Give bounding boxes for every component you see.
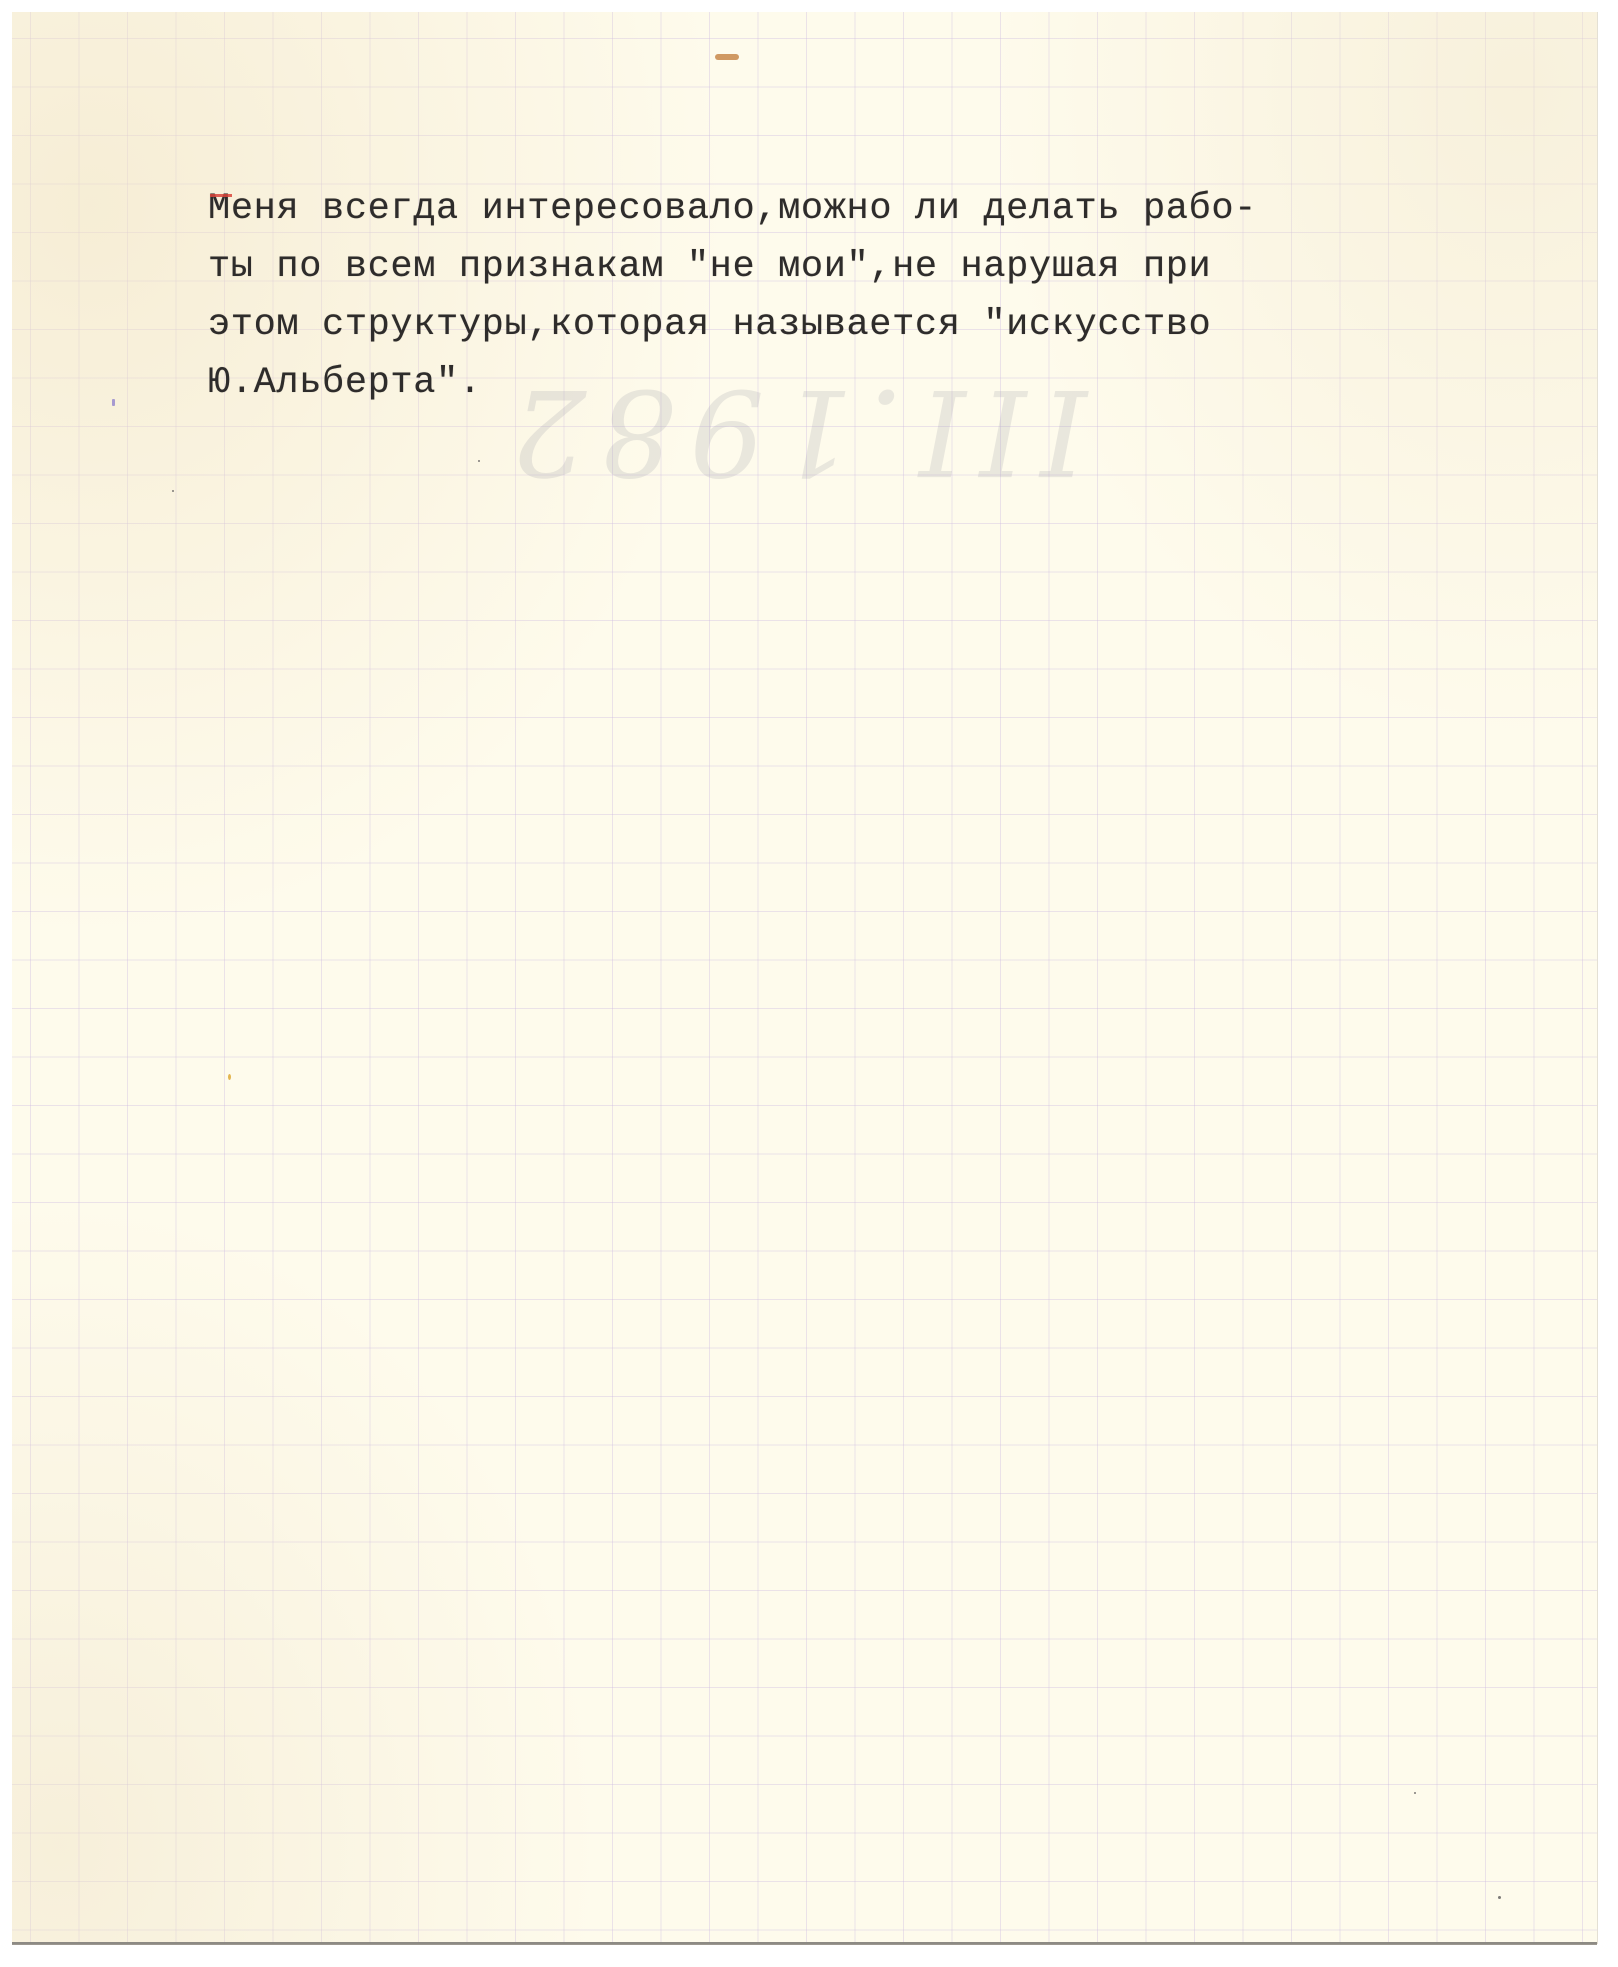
text-line-4: Ю.Альберта". (208, 354, 1257, 412)
first-letter-red-mark: М (208, 188, 231, 230)
ink-speck (172, 490, 174, 492)
top-dash-mark (715, 54, 739, 60)
ink-speck (228, 1074, 231, 1080)
ink-speck (1414, 1792, 1416, 1794)
ink-speck (112, 399, 115, 406)
typed-paragraph: Меня всегда интересовало,можно ли делать… (208, 180, 1257, 412)
ink-speck (478, 460, 480, 462)
text-line-3: этом структуры,которая называется "искус… (208, 296, 1257, 354)
text-line-1: Меня всегда интересовало,можно ли делать… (208, 180, 1257, 238)
text-line-1-rest: еня всегда интересовало,можно ли делать … (231, 188, 1257, 230)
ink-speck (1498, 1896, 1501, 1899)
paper-sheet: III.1982 Меня всегда интересовало,можно … (12, 12, 1597, 1944)
text-line-2: ты по всем признакам "не мои",не нарушая… (208, 238, 1257, 296)
